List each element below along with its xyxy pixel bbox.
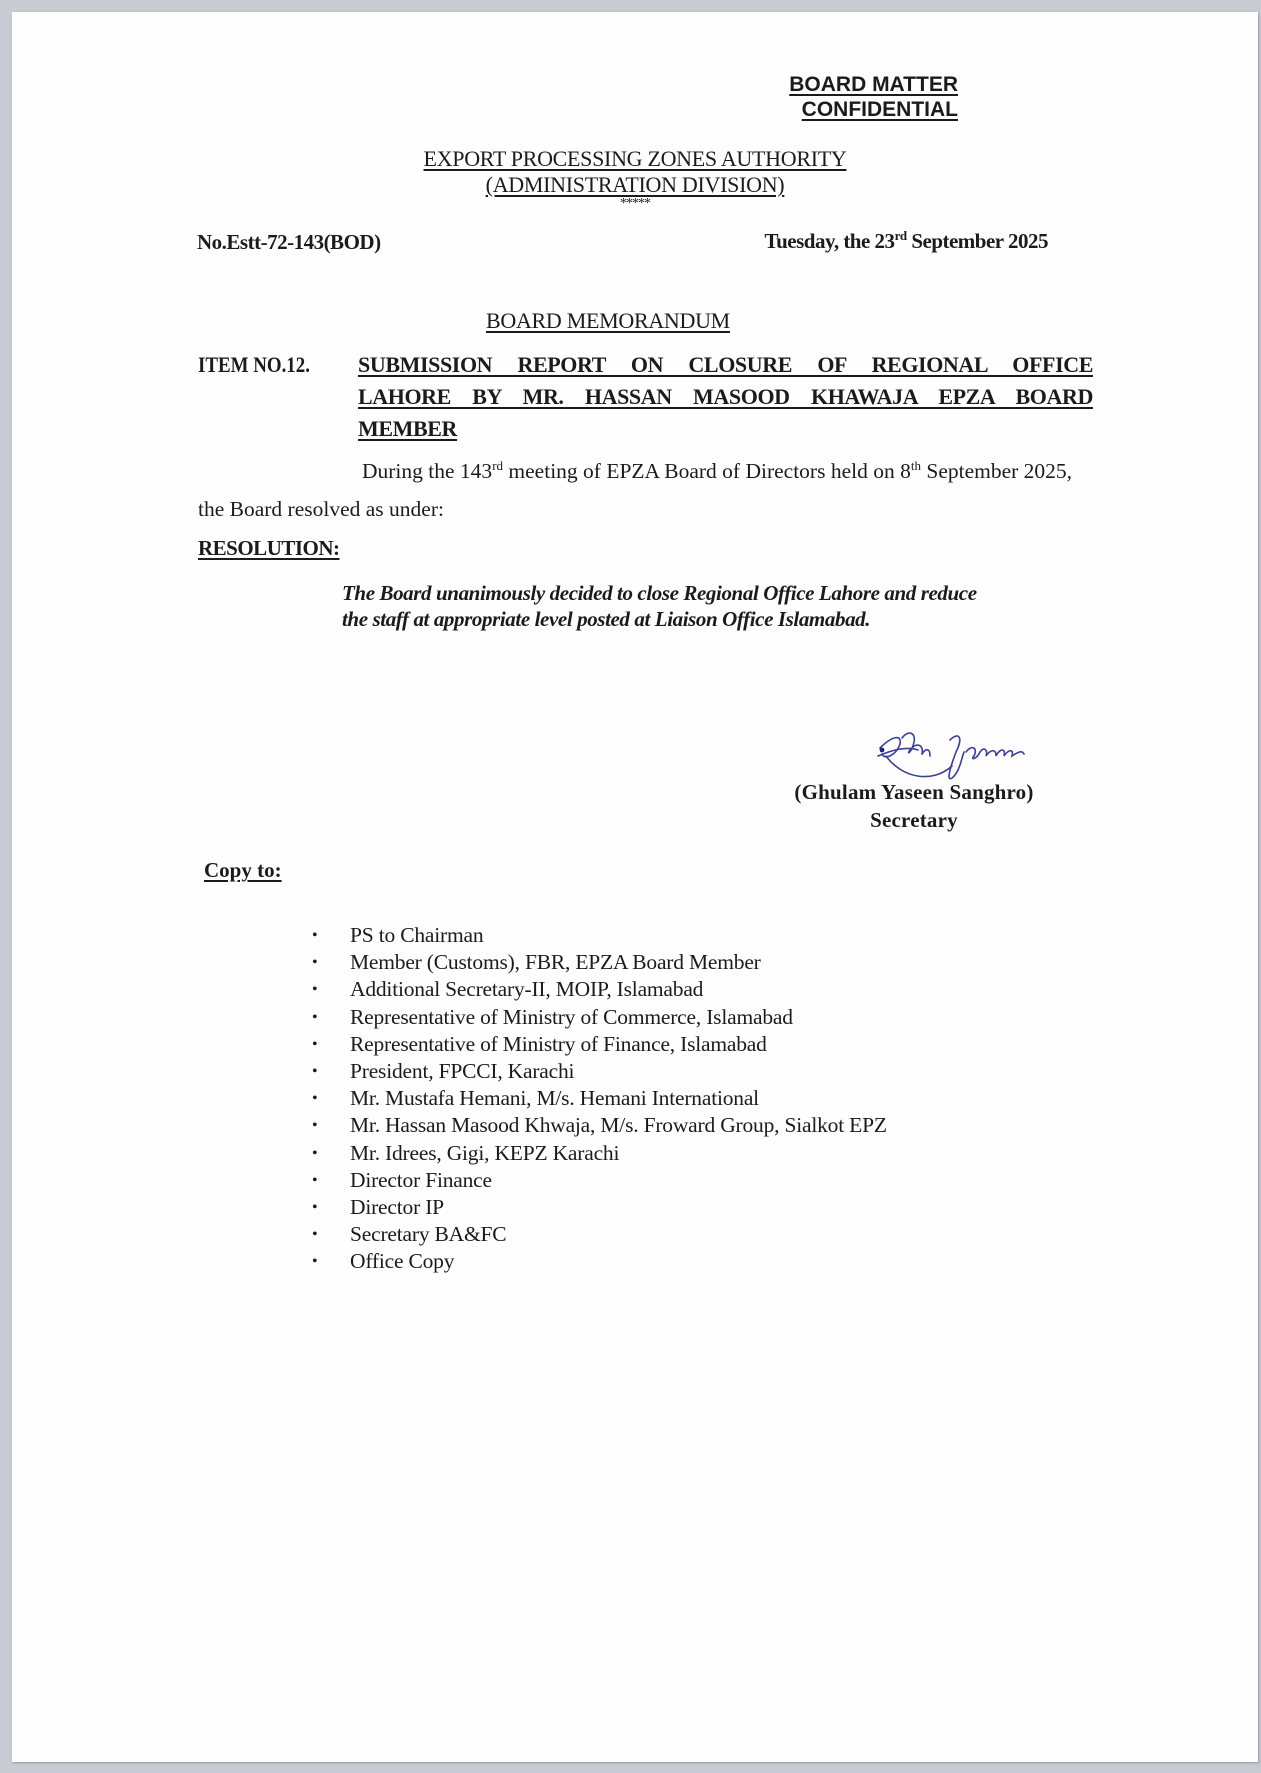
copy-to-item: •Director Finance: [312, 1167, 887, 1194]
copy-to-item-text: Representative of Ministry of Commerce, …: [350, 1005, 793, 1029]
classification-stamp: BOARD MATTER CONFIDENTIAL: [789, 72, 958, 123]
intro-paragraph: During the 143rd meeting of EPZA Board o…: [198, 447, 1084, 528]
copy-to-item-text: Director IP: [350, 1195, 444, 1219]
copy-to-item-text: Mr. Hassan Masood Khwaja, M/s. Froward G…: [350, 1113, 887, 1137]
memo-date: Tuesday, the 23rd September 2025: [765, 228, 1048, 254]
copy-to-item: •Secretary BA&FC: [312, 1221, 887, 1248]
resolution-label: RESOLUTION:: [198, 536, 340, 561]
copy-to-item-text: Office Copy: [350, 1249, 454, 1273]
division-name: (ADMINISTRATION DIVISION): [486, 172, 785, 197]
separator: *****: [12, 196, 1258, 212]
copy-to-item-text: Member (Customs), FBR, EPZA Board Member: [350, 950, 761, 974]
copy-to-item-text: Director Finance: [350, 1168, 492, 1192]
letterhead: EXPORT PROCESSING ZONES AUTHORITY (ADMIN…: [12, 146, 1258, 212]
signatory-block: (Ghulam Yaseen Sanghro) Secretary: [754, 778, 1074, 834]
copy-to-item: •Representative of Ministry of Finance, …: [312, 1031, 887, 1058]
item-subject-line: LAHORE BY MR. HASSAN MASOOD KHAWAJA EPZA…: [358, 381, 1093, 413]
copy-to-item-text: Mr. Idrees, Gigi, KEPZ Karachi: [350, 1141, 619, 1165]
copy-to-item: •Member (Customs), FBR, EPZA Board Membe…: [312, 949, 887, 976]
classification-line-1: BOARD MATTER: [789, 72, 958, 98]
copy-to-item: •Mr. Hassan Masood Khwaja, M/s. Froward …: [312, 1112, 887, 1139]
item-number: ITEM NO.12.: [198, 352, 310, 378]
document-page: BOARD MATTER CONFIDENTIAL EXPORT PROCESS…: [12, 12, 1258, 1762]
bullet-icon: •: [312, 1058, 317, 1085]
bullet-icon: •: [312, 1112, 317, 1139]
organization-name: EXPORT PROCESSING ZONES AUTHORITY: [424, 146, 847, 171]
copy-to-item: •President, FPCCI, Karachi: [312, 1058, 887, 1085]
bullet-icon: •: [312, 1194, 317, 1221]
bullet-icon: •: [312, 1085, 317, 1112]
copy-to-label: Copy to:: [204, 858, 282, 883]
item-subject-line: MEMBER: [358, 413, 1093, 445]
copy-to-list: •PS to Chairman•Member (Customs), FBR, E…: [312, 922, 887, 1276]
resolution-text: The Board unanimously decided to close R…: [342, 580, 977, 632]
item-subject-line: SUBMISSION REPORT ON CLOSURE OF REGIONAL…: [358, 349, 1093, 381]
copy-to-item-text: Additional Secretary-II, MOIP, Islamabad: [350, 977, 703, 1001]
copy-to-item-text: Secretary BA&FC: [350, 1222, 506, 1246]
bullet-icon: •: [312, 1031, 317, 1058]
resolution-line: the staff at appropriate level posted at…: [342, 606, 977, 632]
copy-to-item-text: PS to Chairman: [350, 923, 483, 947]
copy-to-item: •PS to Chairman: [312, 922, 887, 949]
bullet-icon: •: [312, 976, 317, 1003]
item-subject: SUBMISSION REPORT ON CLOSURE OF REGIONAL…: [358, 349, 1093, 445]
signatory-title: Secretary: [754, 806, 1074, 834]
memo-title: BOARD MEMORANDUM: [486, 308, 730, 334]
bullet-icon: •: [312, 1167, 317, 1194]
bullet-icon: •: [312, 949, 317, 976]
bullet-icon: •: [312, 1004, 317, 1031]
bullet-icon: •: [312, 922, 317, 949]
resolution-line: The Board unanimously decided to close R…: [342, 580, 977, 606]
reference-number: No.Estt-72-143(BOD): [197, 230, 381, 255]
bullet-icon: •: [312, 1140, 317, 1167]
copy-to-item-text: Representative of Ministry of Finance, I…: [350, 1032, 767, 1056]
copy-to-item-text: Mr. Mustafa Hemani, M/s. Hemani Internat…: [350, 1086, 759, 1110]
classification-line-2: CONFIDENTIAL: [789, 97, 958, 123]
copy-to-item: •Mr. Mustafa Hemani, M/s. Hemani Interna…: [312, 1085, 887, 1112]
copy-to-item-text: President, FPCCI, Karachi: [350, 1059, 574, 1083]
bullet-icon: •: [312, 1248, 317, 1275]
copy-to-item: •Mr. Idrees, Gigi, KEPZ Karachi: [312, 1140, 887, 1167]
copy-to-item: •Representative of Ministry of Commerce,…: [312, 1004, 887, 1031]
copy-to-item: •Additional Secretary-II, MOIP, Islamaba…: [312, 976, 887, 1003]
signatory-name: (Ghulam Yaseen Sanghro): [754, 778, 1074, 806]
copy-to-item: •Office Copy: [312, 1248, 887, 1275]
bullet-icon: •: [312, 1221, 317, 1248]
copy-to-item: •Director IP: [312, 1194, 887, 1221]
